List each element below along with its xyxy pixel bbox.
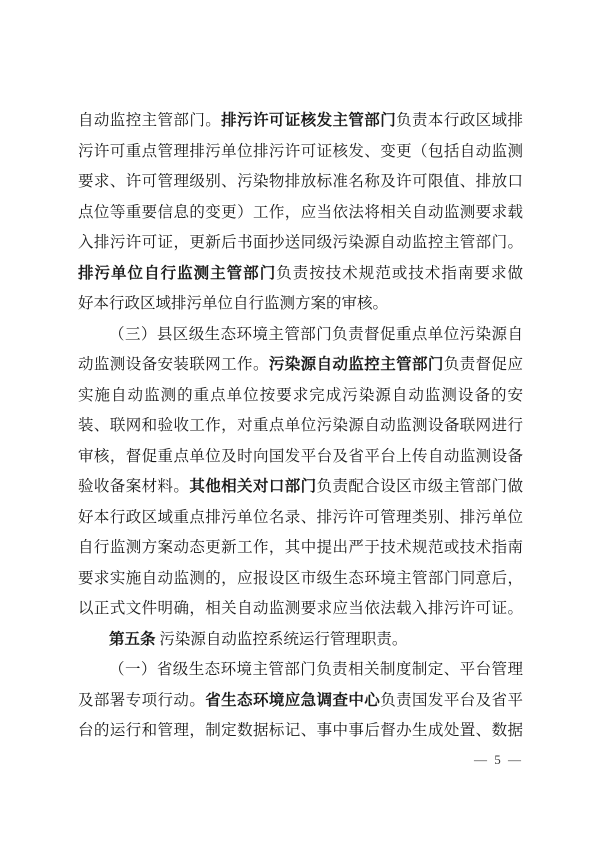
text-run: 污染源自动监控系统运行管理职责。 bbox=[156, 631, 408, 648]
bold-term: 污染源自动监控主管部门 bbox=[269, 356, 444, 373]
bold-term: 其他相关对口部门 bbox=[189, 478, 316, 495]
bold-term: 第五条 bbox=[109, 631, 156, 648]
text-run: 验收备案材料。 bbox=[78, 478, 189, 495]
text-run: 要求、许可管理级别、污染物排放标准名称及许可限值、排放口 bbox=[78, 173, 523, 190]
text-line: 污许可重点管理排污单位排污许可证核发、变更（包括自动监测 bbox=[78, 137, 523, 168]
text-line: （三）县区级生态环境主管部门负责督促重点单位污染源自 bbox=[78, 320, 523, 351]
text-run: 以正式文件明确，相关自动监测要求应当依法载入排污许可证。 bbox=[78, 600, 523, 617]
text-run: 负责配合设区市级主管部门做 bbox=[317, 478, 523, 495]
text-line: 及部署专项行动。省生态环境应急调查中心负责国发平台及省平 bbox=[78, 686, 523, 717]
bold-term: 排污单位自行监测主管部门 bbox=[78, 265, 276, 282]
text-run: 及部署专项行动。 bbox=[78, 692, 205, 709]
text-run: 实施自动监测的重点单位按要求完成污染源自动监测设备的安 bbox=[78, 387, 523, 404]
text-line: 审核，督促重点单位及时向国发平台及省平台上传自动监测设备 bbox=[78, 442, 523, 473]
text-run: 负责按技术规范或技术指南要求做 bbox=[276, 265, 523, 282]
bold-term: 省生态环境应急调查中心 bbox=[205, 692, 380, 709]
text-run: 好本行政区域排污单位自行监测方案的审核。 bbox=[78, 295, 388, 312]
text-line: 台的运行和管理，制定数据标记、事中事后督办生成处置、数据 bbox=[78, 716, 523, 747]
text-run: 负责国发平台及省平 bbox=[380, 692, 523, 709]
text-line: 第五条 污染源自动监控系统运行管理职责。 bbox=[78, 625, 523, 656]
text-run: 装、联网和验收工作，对重点单位污染源自动监测设备联网进行 bbox=[78, 417, 523, 434]
text-run: 台的运行和管理，制定数据标记、事中事后督办生成处置、数据 bbox=[78, 722, 523, 739]
text-line: 实施自动监测的重点单位按要求完成污染源自动监测设备的安 bbox=[78, 381, 523, 412]
text-line: 自动监控主管部门。排污许可证核发主管部门负责本行政区域排 bbox=[78, 106, 523, 137]
text-line: 要求实施自动监测的，应报设区市级生态环境主管部门同意后， bbox=[78, 564, 523, 595]
text-run: 污许可重点管理排污单位排污许可证核发、变更（包括自动监测 bbox=[78, 143, 523, 160]
document-page: 自动监控主管部门。排污许可证核发主管部门负责本行政区域排污许可重点管理排污单位排… bbox=[0, 0, 600, 848]
text-run: 负责本行政区域排 bbox=[396, 112, 523, 129]
text-line: 好本行政区域重点排污单位名录、排污许可管理类别、排污单位 bbox=[78, 503, 523, 534]
text-run: （一）省级生态环境主管部门负责相关制度制定、平台管理 bbox=[109, 661, 523, 678]
text-run: 好本行政区域重点排污单位名录、排污许可管理类别、排污单位 bbox=[78, 509, 523, 526]
text-line: 排污单位自行监测主管部门负责按技术规范或技术指南要求做 bbox=[78, 259, 523, 290]
text-line: 验收备案材料。其他相关对口部门负责配合设区市级主管部门做 bbox=[78, 472, 523, 503]
text-line: 点位等重要信息的变更）工作，应当依法将相关自动监测要求载 bbox=[78, 198, 523, 229]
text-run: 负责督促应 bbox=[444, 356, 523, 373]
text-line: 要求、许可管理级别、污染物排放标准名称及许可限值、排放口 bbox=[78, 167, 523, 198]
text-run: 自行监测方案动态更新工作，其中提出严于技术规范或技术指南 bbox=[78, 539, 523, 556]
text-run: 入排污许可证，更新后书面抄送同级污染源自动监控主管部门。 bbox=[78, 234, 523, 251]
text-line: 好本行政区域排污单位自行监测方案的审核。 bbox=[78, 289, 523, 320]
document-body: 自动监控主管部门。排污许可证核发主管部门负责本行政区域排污许可重点管理排污单位排… bbox=[78, 106, 523, 747]
text-line: （一）省级生态环境主管部门负责相关制度制定、平台管理 bbox=[78, 655, 523, 686]
text-line: 动监测设备安装联网工作。污染源自动监控主管部门负责督促应 bbox=[78, 350, 523, 381]
text-run: （三）县区级生态环境主管部门负责督促重点单位污染源自 bbox=[109, 326, 523, 343]
text-run: 点位等重要信息的变更）工作，应当依法将相关自动监测要求载 bbox=[78, 204, 523, 221]
text-line: 装、联网和验收工作，对重点单位污染源自动监测设备联网进行 bbox=[78, 411, 523, 442]
page-number: — 5 — bbox=[474, 752, 523, 768]
text-line: 入排污许可证，更新后书面抄送同级污染源自动监控主管部门。 bbox=[78, 228, 523, 259]
bold-term: 排污许可证核发主管部门 bbox=[221, 112, 396, 129]
text-run: 要求实施自动监测的，应报设区市级生态环境主管部门同意后， bbox=[78, 570, 523, 587]
text-run: 审核，督促重点单位及时向国发平台及省平台上传自动监测设备 bbox=[78, 448, 523, 465]
text-line: 以正式文件明确，相关自动监测要求应当依法载入排污许可证。 bbox=[78, 594, 523, 625]
text-run: 自动监控主管部门。 bbox=[78, 112, 221, 129]
text-run: 动监测设备安装联网工作。 bbox=[78, 356, 269, 373]
text-line: 自行监测方案动态更新工作，其中提出严于技术规范或技术指南 bbox=[78, 533, 523, 564]
